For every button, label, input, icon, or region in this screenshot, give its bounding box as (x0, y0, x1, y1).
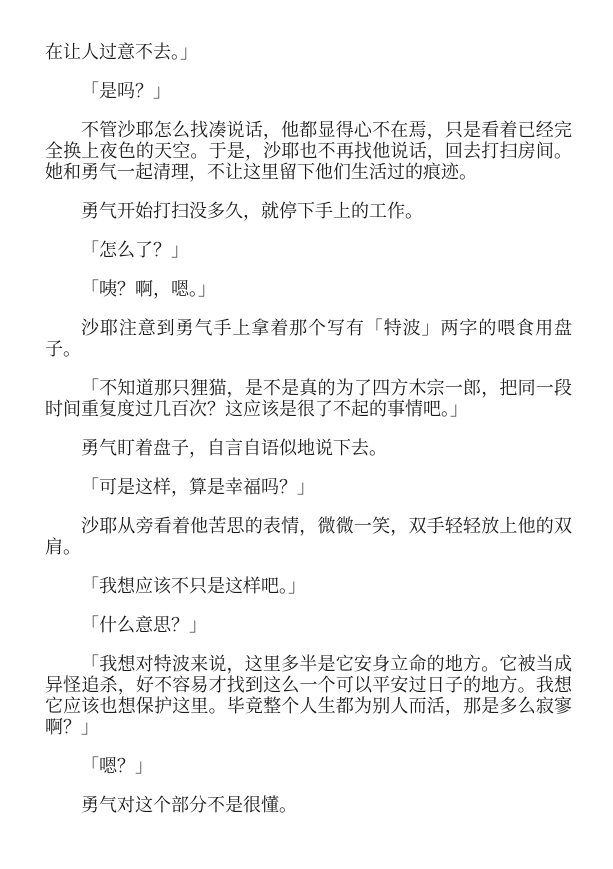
paragraph-09: 勇气盯着盘子，自言自语似地说下去。 (45, 438, 572, 459)
paragraph-05: 「怎么了？」 (45, 240, 572, 261)
paragraph-04: 勇气开始打扫没多久，就停下手上的工作。 (45, 201, 572, 222)
paragraph-03: 不管沙耶怎么找凑说话，他都显得心不在焉，只是看着已经完全换上夜色的天空。于是，沙… (45, 120, 572, 183)
paragraph-06: 「咦？啊，嗯。」 (45, 279, 572, 300)
paragraph-16: 勇气对这个部分不是很懂。 (45, 795, 572, 816)
paragraph-01: 在让人过意不去。」 (45, 42, 572, 63)
document-page: 在让人过意不去。」 「是吗？」 不管沙耶怎么找凑说话，他都显得心不在焉，只是看着… (0, 0, 613, 869)
paragraph-11: 沙耶从旁看着他苦思的表情，微微一笑，双手轻轻放上他的双肩。 (45, 516, 572, 558)
paragraph-10: 「可是这样，算是幸福吗？」 (45, 477, 572, 498)
paragraph-12: 「我想应该不只是这样吧。」 (45, 576, 572, 597)
paragraph-08: 「不知道那只狸猫，是不是真的为了四方木宗一郎，把同一段时间重复度过几百次？这应该… (45, 378, 572, 420)
paragraph-07: 沙耶注意到勇气手上拿着那个写有「特波」两字的喂食用盘子。 (45, 318, 572, 360)
paragraph-13: 「什么意思？」 (45, 615, 572, 636)
paragraph-15: 「嗯？」 (45, 756, 572, 777)
paragraph-14: 「我想对特波来说，这里多半是它安身立命的地方。它被当成异怪追杀，好不容易才找到这… (45, 654, 572, 738)
paragraph-02: 「是吗？」 (45, 81, 572, 102)
